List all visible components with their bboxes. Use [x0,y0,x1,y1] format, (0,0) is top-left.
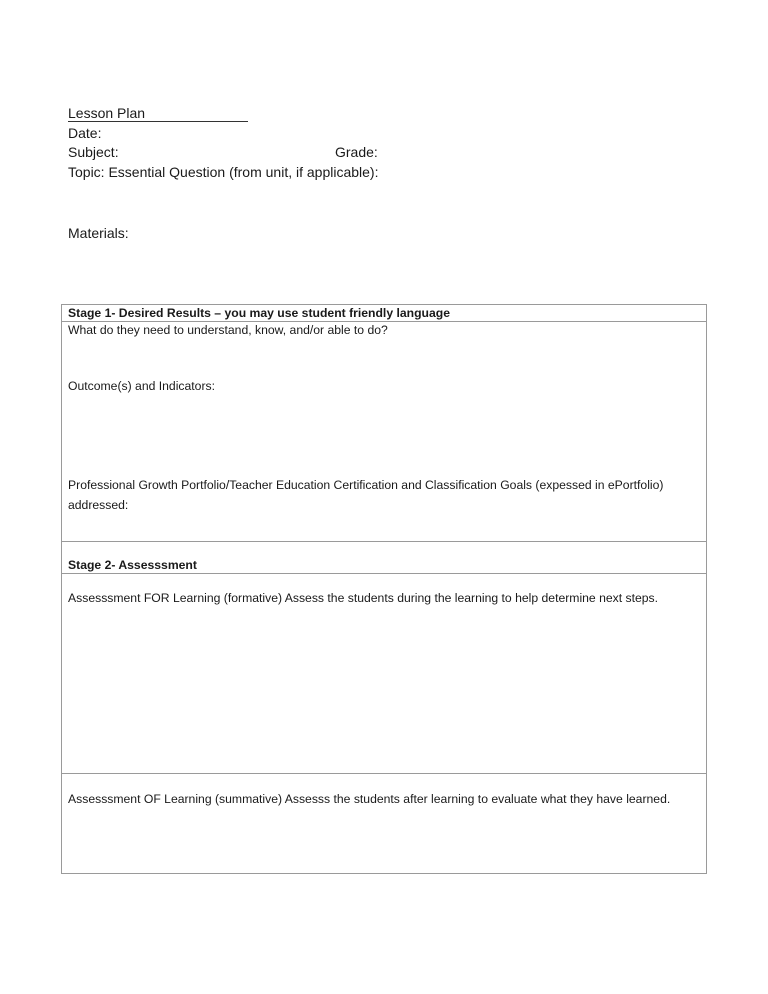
goals-prompt: Professional Growth Portfolio/Teacher Ed… [68,476,698,515]
lesson-plan-table: Stage 1- Desired Results – you may use s… [61,304,707,874]
formative-prompt: Assesssment FOR Learning (formative) Ass… [68,591,658,605]
outcomes-prompt: Outcome(s) and Indicators: [68,379,215,393]
subject-grade-line: Subject: Grade: [68,143,388,163]
stage2-header: Stage 2- Assesssment [68,558,197,572]
stage1-content-cell[interactable]: What do they need to understand, know, a… [62,322,706,542]
grade-label: Grade: [335,143,378,163]
stage2-header-row: Stage 2- Assesssment [62,542,706,574]
date-label: Date: [68,125,101,141]
lesson-header: Lesson Plan Date: Subject: Grade: Topic:… [68,104,388,182]
date-field: Date: [68,124,388,144]
materials-label: Materials: [68,225,129,241]
understand-prompt: What do they need to understand, know, a… [68,323,388,337]
stage1-header-row: Stage 1- Desired Results – you may use s… [62,305,706,322]
subject-label: Subject: [68,144,119,160]
summative-assessment-cell[interactable]: Assesssment OF Learning (summative) Asse… [62,774,706,873]
stage1-header: Stage 1- Desired Results – you may use s… [68,306,450,320]
document-title: Lesson Plan [68,105,248,122]
topic-field: Topic: Essential Question (from unit, if… [68,163,388,183]
summative-prompt: Assesssment OF Learning (summative) Asse… [68,792,670,806]
topic-label: Topic: Essential Question (from unit, if… [68,164,378,180]
lesson-plan-page: Lesson Plan Date: Subject: Grade: Topic:… [0,0,768,994]
formative-assessment-cell[interactable]: Assesssment FOR Learning (formative) Ass… [62,574,706,774]
